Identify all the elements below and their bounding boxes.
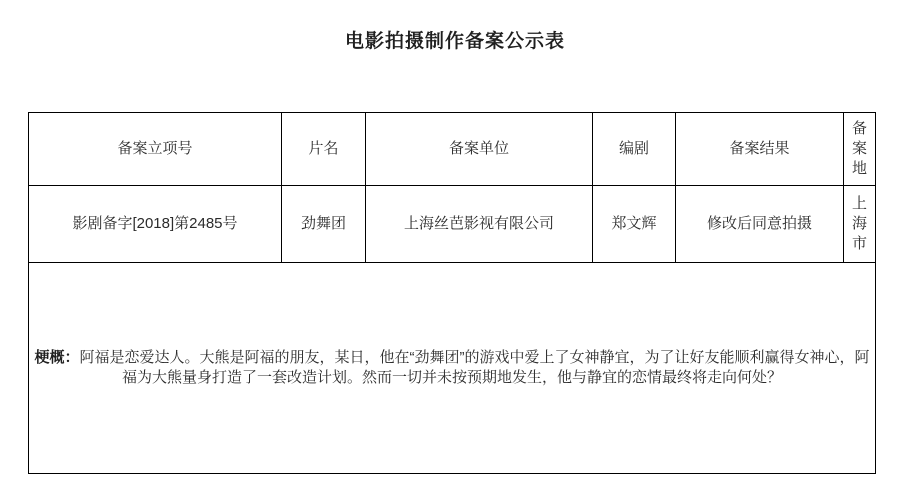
- cell-screenwriter: 郑文辉: [593, 186, 676, 263]
- header-screenwriter: 编剧: [593, 113, 676, 186]
- filing-table: 备案立项号 片名 备案单位 编剧 备案结果 备案地 影剧备字[2018]第248…: [28, 112, 876, 474]
- cell-filing-unit: 上海丝芭影视有限公司: [366, 186, 593, 263]
- header-filing-result: 备案结果: [676, 113, 844, 186]
- synopsis-label: 梗概：: [34, 349, 79, 366]
- table-header-row: 备案立项号 片名 备案单位 编剧 备案结果 备案地: [29, 113, 876, 186]
- header-filing-number: 备案立项号: [29, 113, 282, 186]
- cell-filing-result: 修改后同意拍摄: [676, 186, 844, 263]
- table-data-row: 影剧备字[2018]第2485号 劲舞团 上海丝芭影视有限公司 郑文辉 修改后同…: [29, 186, 876, 263]
- cell-filing-number: 影剧备字[2018]第2485号: [29, 186, 282, 263]
- cell-film-title: 劲舞团: [282, 186, 366, 263]
- header-film-title: 片名: [282, 113, 366, 186]
- table-synopsis-row: 梗概：阿福是恋爱达人。大熊是阿福的朋友，某日，他在“劲舞团”的游戏中爱上了女神静…: [29, 263, 876, 474]
- synopsis-text: 阿福是恋爱达人。大熊是阿福的朋友，某日，他在“劲舞团”的游戏中爱上了女神静宜，为…: [80, 349, 870, 386]
- page-title: 电影拍摄制作备案公示表: [0, 30, 910, 54]
- cell-filing-location: 上海市: [844, 186, 876, 263]
- document-page: 电影拍摄制作备案公示表 备案立项号 片名 备案单位 编剧 备案结果 备案地 影剧…: [0, 0, 910, 494]
- header-filing-unit: 备案单位: [366, 113, 593, 186]
- synopsis-cell: 梗概：阿福是恋爱达人。大熊是阿福的朋友，某日，他在“劲舞团”的游戏中爱上了女神静…: [29, 263, 876, 474]
- header-filing-location: 备案地: [844, 113, 876, 186]
